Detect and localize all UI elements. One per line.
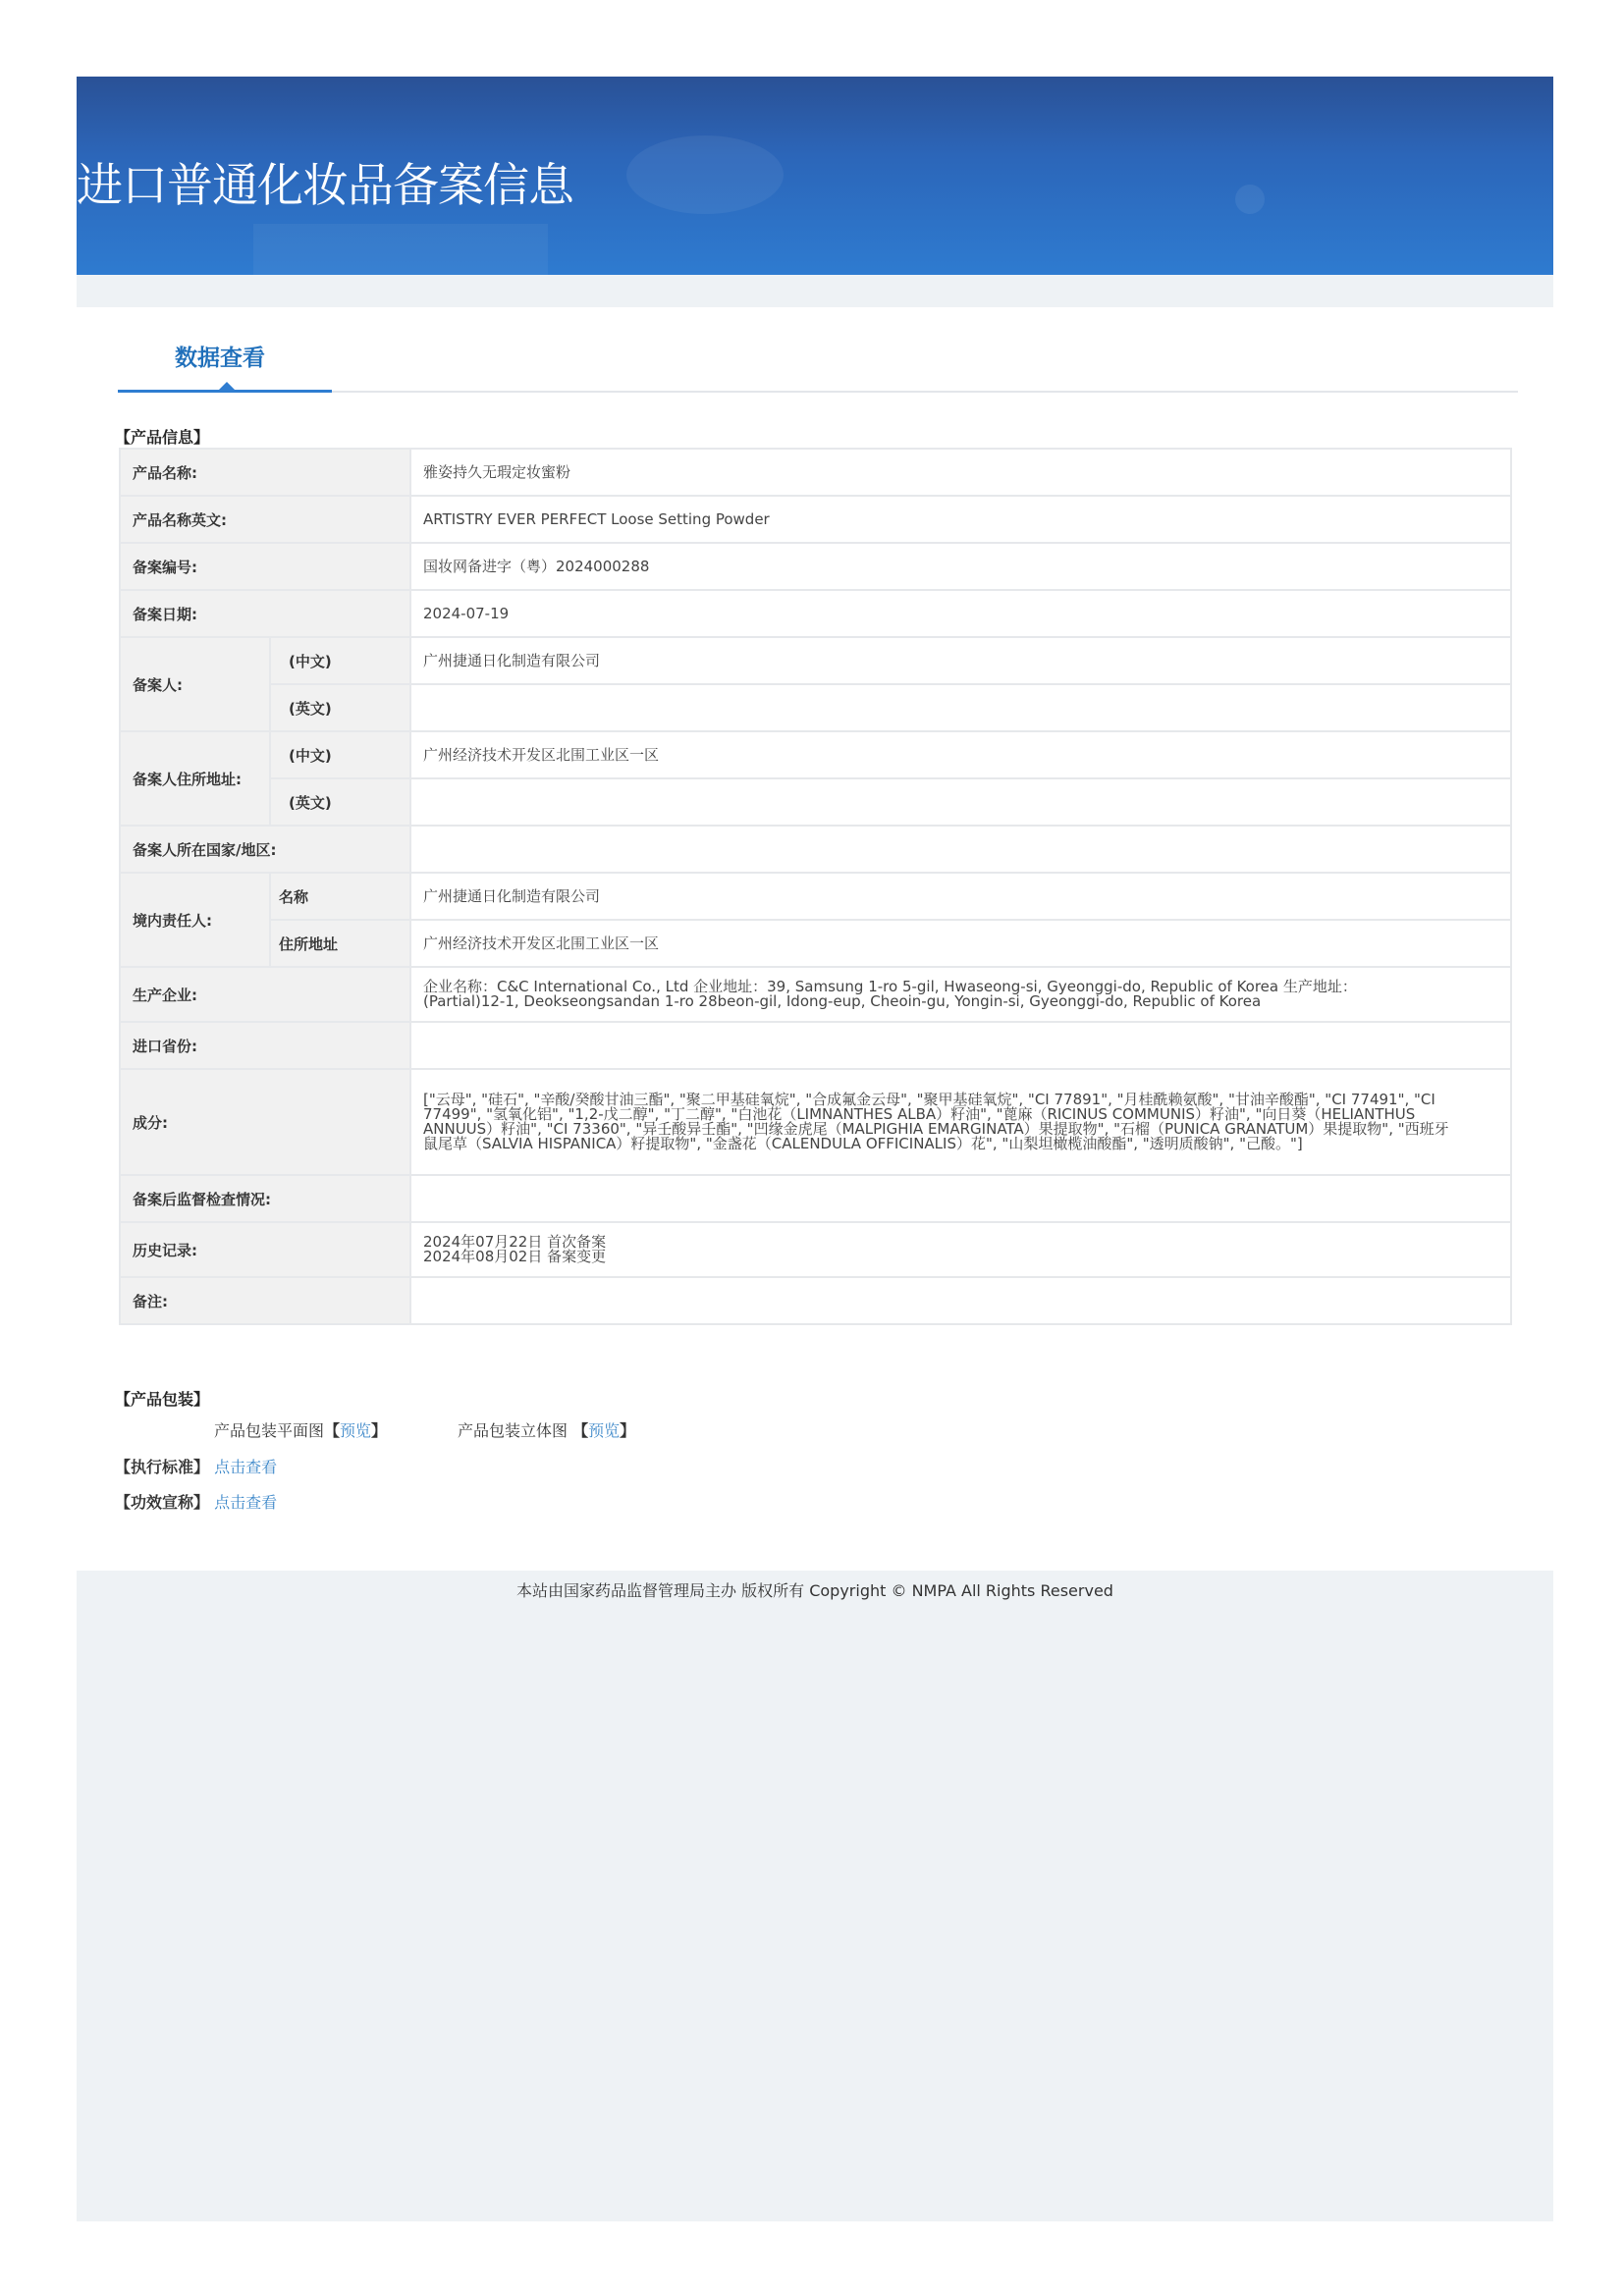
- table-row: 产品名称: 雅姿持久无瑕定妆蜜粉: [120, 449, 1511, 496]
- table-row: (英文): [120, 684, 1511, 731]
- table-row: 备案人住所地址: (中文) 广州经济技术开发区北围工业区一区: [120, 731, 1511, 778]
- row-label: 进口省份:: [120, 1022, 410, 1069]
- row-label: 生产企业:: [120, 967, 410, 1022]
- sub-label: (英文): [270, 684, 410, 731]
- packaging-solid-item: 产品包装立体图 【预览】: [458, 1418, 635, 1441]
- remarks-value: [410, 1277, 1511, 1324]
- product-info-table: 产品名称: 雅姿持久无瑕定妆蜜粉 产品名称英文: ARTISTRY EVER P…: [119, 448, 1512, 1325]
- efficacy-label: 【功效宣称】: [115, 1493, 209, 1512]
- sub-label: (中文): [270, 731, 410, 778]
- efficacy-row: 【功效宣称】 点击查看: [115, 1490, 277, 1513]
- banner-decoration: [253, 224, 548, 275]
- sub-label: 住所地址: [270, 920, 410, 967]
- record-date-value: 2024-07-19: [410, 590, 1511, 637]
- post-inspection-value: [410, 1175, 1511, 1222]
- registrant-cn-value: 广州捷通日化制造有限公司: [410, 637, 1511, 684]
- row-label: 备案人所在国家/地区:: [120, 826, 410, 873]
- row-label: 备案编号:: [120, 543, 410, 590]
- product-name-value: 雅姿持久无瑕定妆蜜粉: [410, 449, 1511, 496]
- table-row: 境内责任人: 名称 广州捷通日化制造有限公司: [120, 873, 1511, 920]
- row-label: 备案人住所地址:: [120, 731, 270, 826]
- packaging-solid-label: 产品包装立体图: [458, 1421, 568, 1440]
- packaging-heading: 【产品包装】: [115, 1387, 209, 1410]
- row-label: 备注:: [120, 1277, 410, 1324]
- table-row: 成分: ["云母", "硅石", "辛酸/癸酸甘油三酯", "聚二甲基硅氧烷",…: [120, 1069, 1511, 1175]
- ingredients-value: ["云母", "硅石", "辛酸/癸酸甘油三酯", "聚二甲基硅氧烷", "合成…: [410, 1069, 1511, 1175]
- standard-row: 【执行标准】 点击查看: [115, 1455, 277, 1477]
- table-row: 备案人: (中文) 广州捷通日化制造有限公司: [120, 637, 1511, 684]
- row-label: 备案日期:: [120, 590, 410, 637]
- row-label: 成分:: [120, 1069, 410, 1175]
- registrant-country-value: [410, 826, 1511, 873]
- packaging-flat-item: 产品包装平面图【预览】: [214, 1418, 387, 1441]
- packaging-solid-preview-link[interactable]: 预览: [588, 1421, 620, 1440]
- row-label: 历史记录:: [120, 1222, 410, 1277]
- page-title: 进口普通化妆品备案信息: [77, 149, 573, 215]
- copyright-text: 本站由国家药品监督管理局主办 版权所有 Copyright © NMPA All…: [77, 1578, 1553, 1601]
- row-label: 产品名称:: [120, 449, 410, 496]
- table-row: 备案日期: 2024-07-19: [120, 590, 1511, 637]
- table-row: 备案后监督检查情况:: [120, 1175, 1511, 1222]
- table-row: (英文): [120, 778, 1511, 826]
- table-row: 住所地址 广州经济技术开发区北围工业区一区: [120, 920, 1511, 967]
- page-footer: 本站由国家药品监督管理局主办 版权所有 Copyright © NMPA All…: [77, 1571, 1553, 2221]
- product-name-en-value: ARTISTRY EVER PERFECT Loose Setting Powd…: [410, 496, 1511, 543]
- table-row: 进口省份:: [120, 1022, 1511, 1069]
- import-province-value: [410, 1022, 1511, 1069]
- banner-decoration: [626, 135, 784, 214]
- domestic-agent-name-value: 广州捷通日化制造有限公司: [410, 873, 1511, 920]
- efficacy-view-link[interactable]: 点击查看: [214, 1493, 277, 1512]
- tab-bar: 数据查看: [118, 326, 1518, 395]
- product-info-heading: 【产品信息】: [115, 425, 209, 448]
- table-row: 历史记录: 2024年07月22日 首次备案 2024年08月02日 备案变更: [120, 1222, 1511, 1277]
- banner-decoration: [1235, 185, 1265, 214]
- history-value: 2024年07月22日 首次备案 2024年08月02日 备案变更: [410, 1222, 1511, 1277]
- standard-label: 【执行标准】: [115, 1458, 209, 1476]
- registrant-address-en-value: [410, 778, 1511, 826]
- standard-view-link[interactable]: 点击查看: [214, 1458, 277, 1476]
- table-row: 备案编号: 国妆网备进字（粤）2024000288: [120, 543, 1511, 590]
- row-label: 产品名称英文:: [120, 496, 410, 543]
- packaging-flat-label: 产品包装平面图: [214, 1421, 324, 1440]
- history-entry: 2024年08月02日 备案变更: [423, 1250, 1498, 1264]
- packaging-flat-preview-link[interactable]: 预览: [340, 1421, 371, 1440]
- record-number-value: 国妆网备进字（粤）2024000288: [410, 543, 1511, 590]
- table-row: 产品名称英文: ARTISTRY EVER PERFECT Loose Sett…: [120, 496, 1511, 543]
- row-label: 境内责任人:: [120, 873, 270, 967]
- row-label: 备案人:: [120, 637, 270, 731]
- table-row: 备注:: [120, 1277, 1511, 1324]
- registrant-address-cn-value: 广州经济技术开发区北围工业区一区: [410, 731, 1511, 778]
- row-label: 备案后监督检查情况:: [120, 1175, 410, 1222]
- tab-data-view[interactable]: 数据查看: [175, 340, 265, 372]
- sub-label: 名称: [270, 873, 410, 920]
- page-banner: 进口普通化妆品备案信息: [77, 77, 1553, 275]
- domestic-agent-address-value: 广州经济技术开发区北围工业区一区: [410, 920, 1511, 967]
- table-row: 生产企业: 企业名称：C&C International Co., Ltd 企业…: [120, 967, 1511, 1022]
- banner-subbar: [77, 275, 1553, 307]
- table-row: 备案人所在国家/地区:: [120, 826, 1511, 873]
- manufacturer-value: 企业名称：C&C International Co., Ltd 企业地址：39,…: [410, 967, 1511, 1022]
- registrant-en-value: [410, 684, 1511, 731]
- sub-label: (英文): [270, 778, 410, 826]
- caret-up-icon: [218, 382, 236, 391]
- sub-label: (中文): [270, 637, 410, 684]
